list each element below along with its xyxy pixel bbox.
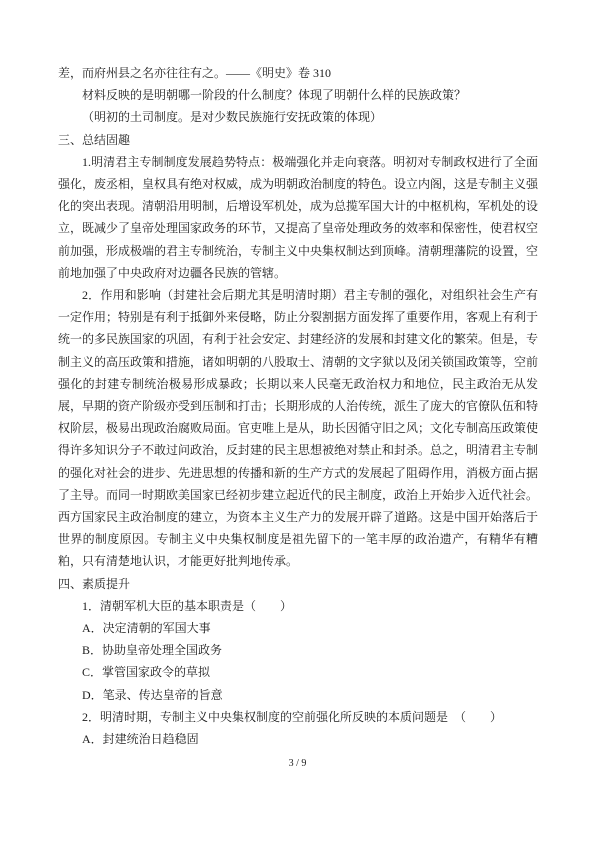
quiz-q1-option-b: B．协助皇帝处理全国政务 [58, 639, 538, 661]
summary-paragraph-1: 1.明清君主专制制度发展趋势特点：极端强化并走向衰落。明初对专制政权进行了全面强… [58, 151, 538, 284]
quiz-q1-option-a: A．决定清朝的军国大事 [58, 617, 538, 639]
quiz-q1-option-d: D．笔录、传达皇帝的旨意 [58, 684, 538, 706]
material-answer: （明初的土司制度。是对少数民族施行安抚政策的体现） [58, 106, 538, 128]
section-heading-4: 四、素质提升 [58, 573, 538, 595]
source-line: 差，而府州县之名亦往往有之。——《明史》卷 310 [58, 62, 538, 84]
document-body: 差，而府州县之名亦往往有之。——《明史》卷 310材料反映的是明朝哪一阶段的什么… [58, 62, 538, 750]
page-number: 3 / 9 [0, 757, 595, 771]
quiz-question-1: 1．清朝军机大臣的基本职责是（ ） [58, 595, 538, 617]
document-page: 差，而府州县之名亦往往有之。——《明史》卷 310材料反映的是明朝哪一阶段的什么… [0, 0, 595, 841]
quiz-q1-option-c: C．掌管国家政令的草拟 [58, 661, 538, 683]
material-question: 材料反映的是明朝哪一阶段的什么制度？体现了明朝什么样的民族政策？ [58, 84, 538, 106]
quiz-question-2: 2．明清时期，专制主义中央集权制度的空前强化所反映的本质问题是 （ ） [58, 706, 538, 728]
section-heading-3: 三、总结固趣 [58, 129, 538, 151]
quiz-q2-option-a: A．封建统治日趋稳固 [58, 728, 538, 750]
summary-paragraph-2: 2．作用和影响（封建社会后期尤其是明清时期）君主专制的强化，对组织社会生产有一定… [58, 284, 538, 573]
